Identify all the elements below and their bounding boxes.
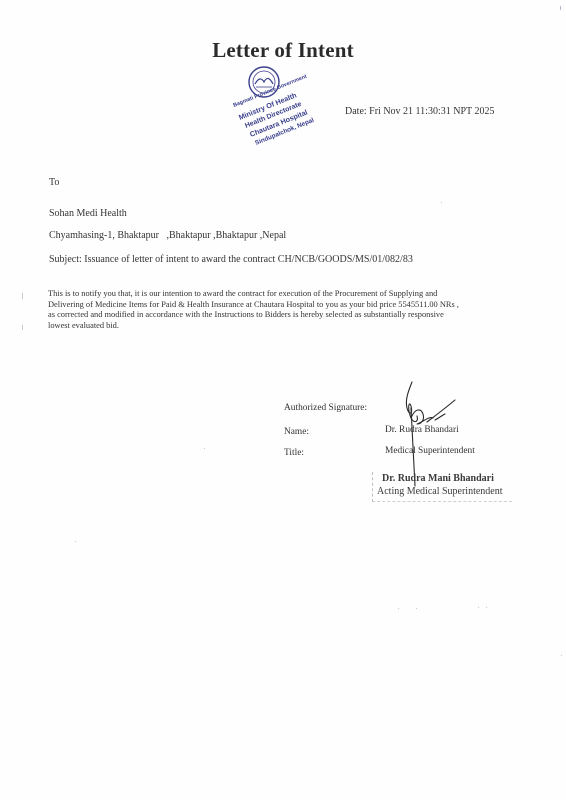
scan-speck — [416, 608, 417, 609]
seal-designation: Acting Medical Superintendent — [377, 486, 503, 497]
seal-name: Dr. Rudra Mani Bhandari — [382, 473, 494, 484]
letter-page: Letter of Intent Bagmati Province Govern… — [0, 0, 566, 800]
scan-speck — [22, 293, 23, 299]
scan-speck — [478, 607, 479, 608]
scan-speck — [22, 325, 23, 330]
authorized-signature-label: Authorized Signature: — [284, 403, 367, 413]
scan-speck — [561, 655, 562, 656]
hospital-stamp-icon: Bagmati Province Government Ministry Of … — [226, 62, 326, 152]
scan-speck — [75, 541, 76, 542]
scan-speck — [441, 202, 442, 203]
title-label: Title: — [284, 448, 304, 458]
recipient-name: Sohan Medi Health — [49, 208, 127, 219]
salutation: To — [49, 177, 59, 188]
scan-speck — [204, 448, 205, 449]
recipient-address: Chyamhasing-1, Bhaktapur ,Bhaktapur ,Bha… — [49, 230, 286, 241]
name-label: Name: — [284, 427, 309, 437]
letter-subject: Subject: Issuance of letter of intent to… — [49, 254, 413, 265]
scan-speck — [398, 608, 399, 609]
letter-date: Date: Fri Nov 21 11:30:31 NPT 2025 — [345, 106, 494, 117]
scan-speck — [486, 607, 487, 608]
scan-speck — [560, 6, 561, 10]
document-title: Letter of Intent — [0, 38, 566, 63]
letter-body: This is to notify you that, it is our in… — [48, 289, 538, 331]
